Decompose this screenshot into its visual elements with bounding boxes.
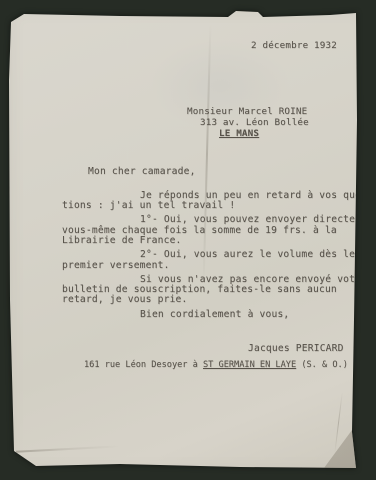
closing: Bien cordialement à vous, (62, 310, 354, 320)
footer-address-prefix: 161 rue Léon Desoyer à (84, 360, 203, 370)
body-line: tions : j'ai un tel travail ! (62, 201, 354, 211)
footer-address-place: ST GERMAIN EN LAYE (203, 360, 296, 370)
signature: Jacques PERICARD (248, 344, 344, 354)
footer-address: 161 rue Léon Desoyer à ST GERMAIN EN LAY… (84, 360, 348, 370)
paper-crease-bottom-left (16, 445, 121, 452)
salutation: Mon cher camarade, (88, 167, 196, 177)
letter-paper-wrap: 2 décembre 1932 Monsieur Marcel ROINE 31… (0, 0, 376, 480)
body-line: retard, je vous prie. (62, 295, 354, 305)
recipient-name: Monsieur Marcel ROINE (187, 106, 309, 117)
letter-body: Je réponds un peu en retard à vos ques- … (62, 191, 354, 321)
body-line: premier versement. (62, 261, 354, 271)
recipient-block: Monsieur Marcel ROINE 313 av. Léon Bollé… (187, 106, 309, 139)
footer-address-suffix: (S. & O.) (296, 360, 348, 370)
date-line: 2 décembre 1932 (251, 41, 337, 51)
recipient-city: LE MANS (187, 128, 309, 139)
letter-paper: 2 décembre 1932 Monsieur Marcel ROINE 31… (0, 0, 376, 480)
recipient-street: 313 av. Léon Bollée (187, 117, 309, 128)
scan-background: 2 décembre 1932 Monsieur Marcel ROINE 31… (0, 0, 376, 480)
body-line: Librairie de France. (62, 236, 354, 246)
